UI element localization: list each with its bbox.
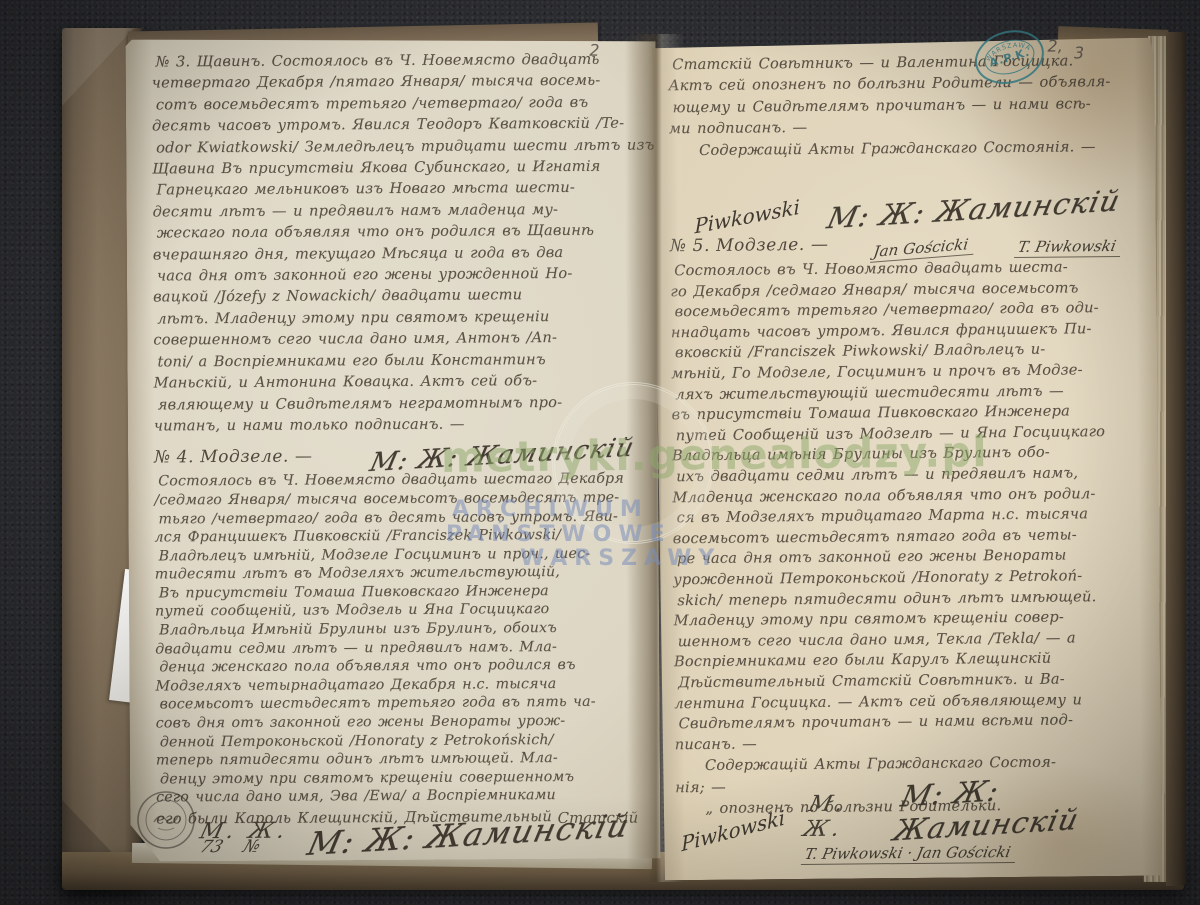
witness-signatures-underlined: T. Piwkowski · Jan Gościcki bbox=[801, 843, 1019, 865]
left-page-text-column: № 3. Щавинъ. Состоялось въ Ч. Новемясто … bbox=[152, 48, 649, 829]
record-4-text: Состоялось въ Ч. Новемясто двадцать шест… bbox=[154, 470, 648, 808]
manuscript-line: toni/ а Воспріемниками его были Констант… bbox=[157, 348, 645, 372]
manuscript-line: жескаго пола объявляя что онъ родился въ… bbox=[157, 220, 645, 244]
official-signature-bottom-right: М: Ж: Жаминскій bbox=[890, 764, 1148, 847]
record-4-continuation-text: Статскій Совѣтникъ — и Валентина Госцицк… bbox=[668, 50, 1147, 140]
manuscript-line: odor Kwiatkowski/ Земледѣлецъ тридцати ш… bbox=[156, 134, 644, 158]
record-4-heading-row: № 4. Модзеле. — М: Ж: Жаминскій bbox=[154, 436, 646, 473]
clerk-paraph-group: М. Ж. 73 № bbox=[200, 824, 288, 856]
book-cover-right-board bbox=[1166, 32, 1186, 886]
record-5-number: № 5. Модзеле. — bbox=[670, 230, 829, 262]
manuscript-line: /седмаго Января/ тысяча восемьсотъ восем… bbox=[154, 488, 646, 510]
manuscript-line: вчерашняго дня, текущаго Мѣсяца и года в… bbox=[153, 241, 645, 265]
manuscript-line: десяти лѣтъ — и предявилъ намъ младенца … bbox=[152, 198, 644, 222]
manuscript-line: часа дня отъ законной его жены урожденно… bbox=[157, 263, 645, 287]
round-ink-stamp bbox=[134, 788, 198, 856]
manuscript-line: тьяго /четвертаго/ года въ десять часовъ… bbox=[158, 507, 646, 529]
manuscript-line: Маньскій, и Антонина Ковацка. Актъ сей о… bbox=[154, 370, 646, 394]
registrar-title-line: Содержащій Акты Гражданскаго Состоянія. … bbox=[673, 135, 1147, 161]
manuscript-line: совершенномъ сего числа дано имя, Антонъ… bbox=[153, 327, 645, 351]
paraph-mark: 73 bbox=[198, 840, 225, 855]
record-5-text: Состоялось въ Ч. Новомясто двадцать шест… bbox=[670, 257, 1153, 756]
manuscript-line: вацкой /Józefy z Nowackich/ двадцати шес… bbox=[153, 284, 645, 308]
manuscript-line: Гарнецкаго мельниковъ изъ Новаго мѣста ш… bbox=[156, 177, 644, 201]
manuscript-line: восемьсотъ шестьдесятъ третьяго года въ … bbox=[160, 693, 648, 715]
open-registry-book: 2 № 3. Щавинъ. Состоялось въ Ч. Новемяст… bbox=[0, 0, 1200, 905]
right-page-text-column: Статскій Совѣтникъ — и Валентина Госцицк… bbox=[668, 50, 1153, 820]
record-4-number: № 4. Модзеле. — bbox=[154, 442, 313, 473]
bottom-witness-line: T. Piwkowski · Jan Gościcki bbox=[680, 841, 1140, 866]
cover-corner-fold-top bbox=[62, 28, 134, 106]
right-page-signature-block: Piwkowski М. Ж. М: Ж: Жаминскій T. Piwko… bbox=[679, 771, 1140, 866]
manuscript-line: четвертаго Декабря /пятаго Января/ тысяч… bbox=[152, 70, 644, 94]
left-page: 2 № 3. Щавинъ. Состоялось въ Ч. Новемяст… bbox=[125, 36, 660, 861]
manuscript-line: читанъ, и нами только подписанъ. — bbox=[154, 412, 646, 436]
manuscript-line: сотъ восемьдесятъ третьяго /четвертаго/ … bbox=[156, 91, 644, 115]
manuscript-line: Щавина Въ присутствіи Якова Субинскаго, … bbox=[152, 155, 644, 179]
top-signature-row: Piwkowski М: Ж: Жаминскій bbox=[669, 157, 1148, 230]
bottom-signature-row: Piwkowski М. Ж. М: Ж: Жаминскій bbox=[679, 771, 1140, 843]
record-3-text: № 3. Щавинъ. Состоялось въ Ч. Новемясто … bbox=[152, 48, 646, 436]
manuscript-line: десять часовъ утромъ. Явился Теодоръ Ква… bbox=[152, 113, 644, 137]
manuscript-line: лѣтъ. Младенцу этому при святомъ крещені… bbox=[157, 305, 645, 329]
manuscript-line: № 3. Щавинъ. Состоялось въ Ч. Новемясто … bbox=[156, 48, 644, 72]
manuscript-line: денца женскаго пола объявляя что онъ род… bbox=[159, 656, 647, 678]
manuscript-line: сего числа дано имя, Эва /Ewa/ а Воспріе… bbox=[156, 786, 648, 808]
right-page: 2, 3 Статскій Совѣтникъ — и Валентина Го… bbox=[652, 38, 1162, 881]
witness-signature-t-piwkowski: T. Piwkowski bbox=[1014, 237, 1124, 258]
archival-scan-photo: { "meta": { "description": "Open civil-r… bbox=[0, 0, 1200, 905]
left-page-signature-block: М. Ж. 73 № М: Ж: Жаминскій bbox=[200, 814, 640, 855]
manuscript-line: являющему и Свидѣтелямъ неграмотнымъ про… bbox=[158, 391, 646, 415]
record-5-heading-row: № 5. Модзеле. — Jan Gościcki T. Piwkowsk… bbox=[670, 225, 1148, 262]
clerk-monogram: М. Ж. bbox=[800, 791, 885, 842]
manuscript-line: Владѣлецъ имѣній, Модзеле Госциминъ и пр… bbox=[159, 544, 647, 566]
